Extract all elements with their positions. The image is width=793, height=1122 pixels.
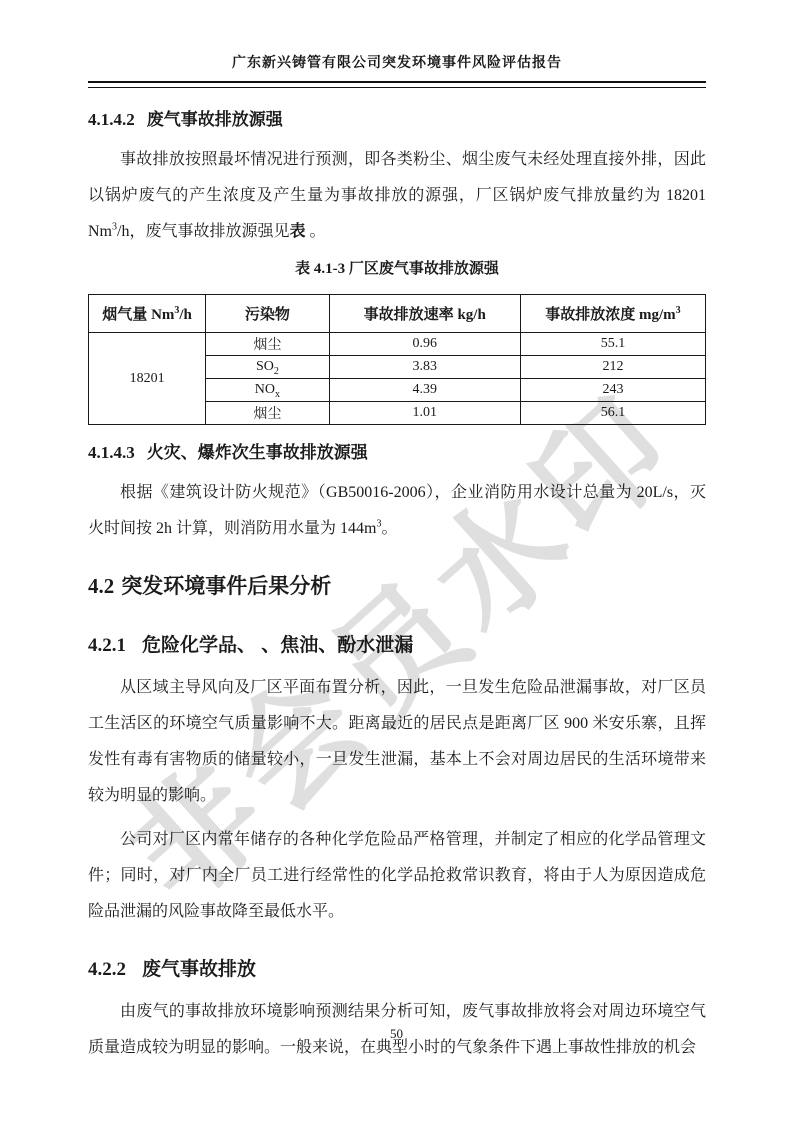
page-content: 广东新兴铸管有限公司突发环境事件风险评估报告 4.1.4.2废气事故排放源强 事… <box>88 0 706 1066</box>
heading-text: 废气事故排放 <box>142 959 256 980</box>
paragraph-emission-prediction: 事故排放按照最坏情况进行预测，即各类粉尘、烟尘废气未经处理直接外排，因此以锅炉废… <box>88 142 706 250</box>
heading-4-1-4-2: 4.1.4.2废气事故排放源强 <box>88 108 706 132</box>
heading-text: 废气事故排放源强 <box>147 110 283 129</box>
paragraph-fire-water: 根据《建筑设计防火规范》（GB50016-2006），企业消防用水设计总量为 2… <box>88 475 706 547</box>
paragraph-chemical-management: 公司对厂区内常年储存的各种化学危险品严格管理，并制定了相应的化学品管理文件；同时… <box>88 822 706 930</box>
concentration-cell: 212 <box>520 356 705 379</box>
paragraph-text: 。 <box>381 520 397 537</box>
document-page: 非会员水印 广东新兴铸管有限公司突发环境事件风险评估报告 4.1.4.2废气事故… <box>0 0 793 1122</box>
flue-gas-volume-cell: 18201 <box>89 333 206 425</box>
pollutant-cell: 烟尘 <box>206 402 329 425</box>
paragraph-text: 。 <box>305 223 325 240</box>
caption-prefix: 表 <box>295 260 310 277</box>
emission-source-table: 烟气量 Nm3/h 污染物 事故排放速率 kg/h 事故排放浓度 mg/m3 1… <box>88 294 706 425</box>
heading-number: 4.1.4.3 <box>88 443 135 462</box>
header-pollutant: 污染物 <box>206 295 329 333</box>
header-emission-concentration: 事故排放浓度 mg/m3 <box>520 295 705 333</box>
header-divider <box>88 81 706 88</box>
paragraph-leak-impact: 从区域主导风向及厂区平面布置分析，因此，一旦发生危险品泄漏事故，对厂区员工生活区… <box>88 670 706 814</box>
page-number: 50 <box>0 1026 793 1042</box>
rate-cell: 4.39 <box>329 379 520 402</box>
heading-4-1-4-3: 4.1.4.3火灾、爆炸次生事故排放源强 <box>88 441 706 465</box>
header-flue-gas-volume: 烟气量 Nm3/h <box>89 295 206 333</box>
concentration-cell: 56.1 <box>520 402 705 425</box>
heading-number: 4.2 <box>88 574 114 598</box>
heading-4-2: 4.2突发环境事件后果分析 <box>88 571 706 602</box>
concentration-cell: 55.1 <box>520 333 705 356</box>
rate-cell: 1.01 <box>329 402 520 425</box>
heading-4-2-2: 4.2.2废气事故排放 <box>88 956 706 984</box>
heading-number: 4.2.1 <box>88 635 126 656</box>
table-header-row: 烟气量 Nm3/h 污染物 事故排放速率 kg/h 事故排放浓度 mg/m3 <box>89 295 706 333</box>
heading-number: 4.1.4.2 <box>88 110 135 129</box>
pollutant-cell: 烟尘 <box>206 333 329 356</box>
table-row: 18201 烟尘 0.96 55.1 <box>89 333 706 356</box>
paragraph-text: /h，废气事故排放源强见 <box>117 223 289 240</box>
caption-title: 厂区废气事故排放源强 <box>349 260 499 277</box>
heading-4-2-1: 4.2.1危险化学品、 、焦油、酚水泄漏 <box>88 632 706 660</box>
heading-text: 突发环境事件后果分析 <box>121 575 331 598</box>
pollutant-cell: NOx <box>206 379 329 402</box>
paragraph-bold-text: 表 <box>289 223 305 240</box>
page-header-title: 广东新兴铸管有限公司突发环境事件风险评估报告 <box>88 0 706 72</box>
table-caption: 表 4.1-3 厂区废气事故排放源强 <box>88 258 706 280</box>
heading-text: 危险化学品、 、焦油、酚水泄漏 <box>142 635 413 656</box>
rate-cell: 3.83 <box>329 356 520 379</box>
heading-text: 火灾、爆炸次生事故排放源强 <box>147 443 368 462</box>
caption-number: 4.1-3 <box>310 261 349 277</box>
concentration-cell: 243 <box>520 379 705 402</box>
pollutant-cell: SO2 <box>206 356 329 379</box>
header-emission-rate: 事故排放速率 kg/h <box>329 295 520 333</box>
rate-cell: 0.96 <box>329 333 520 356</box>
heading-number: 4.2.2 <box>88 959 126 980</box>
